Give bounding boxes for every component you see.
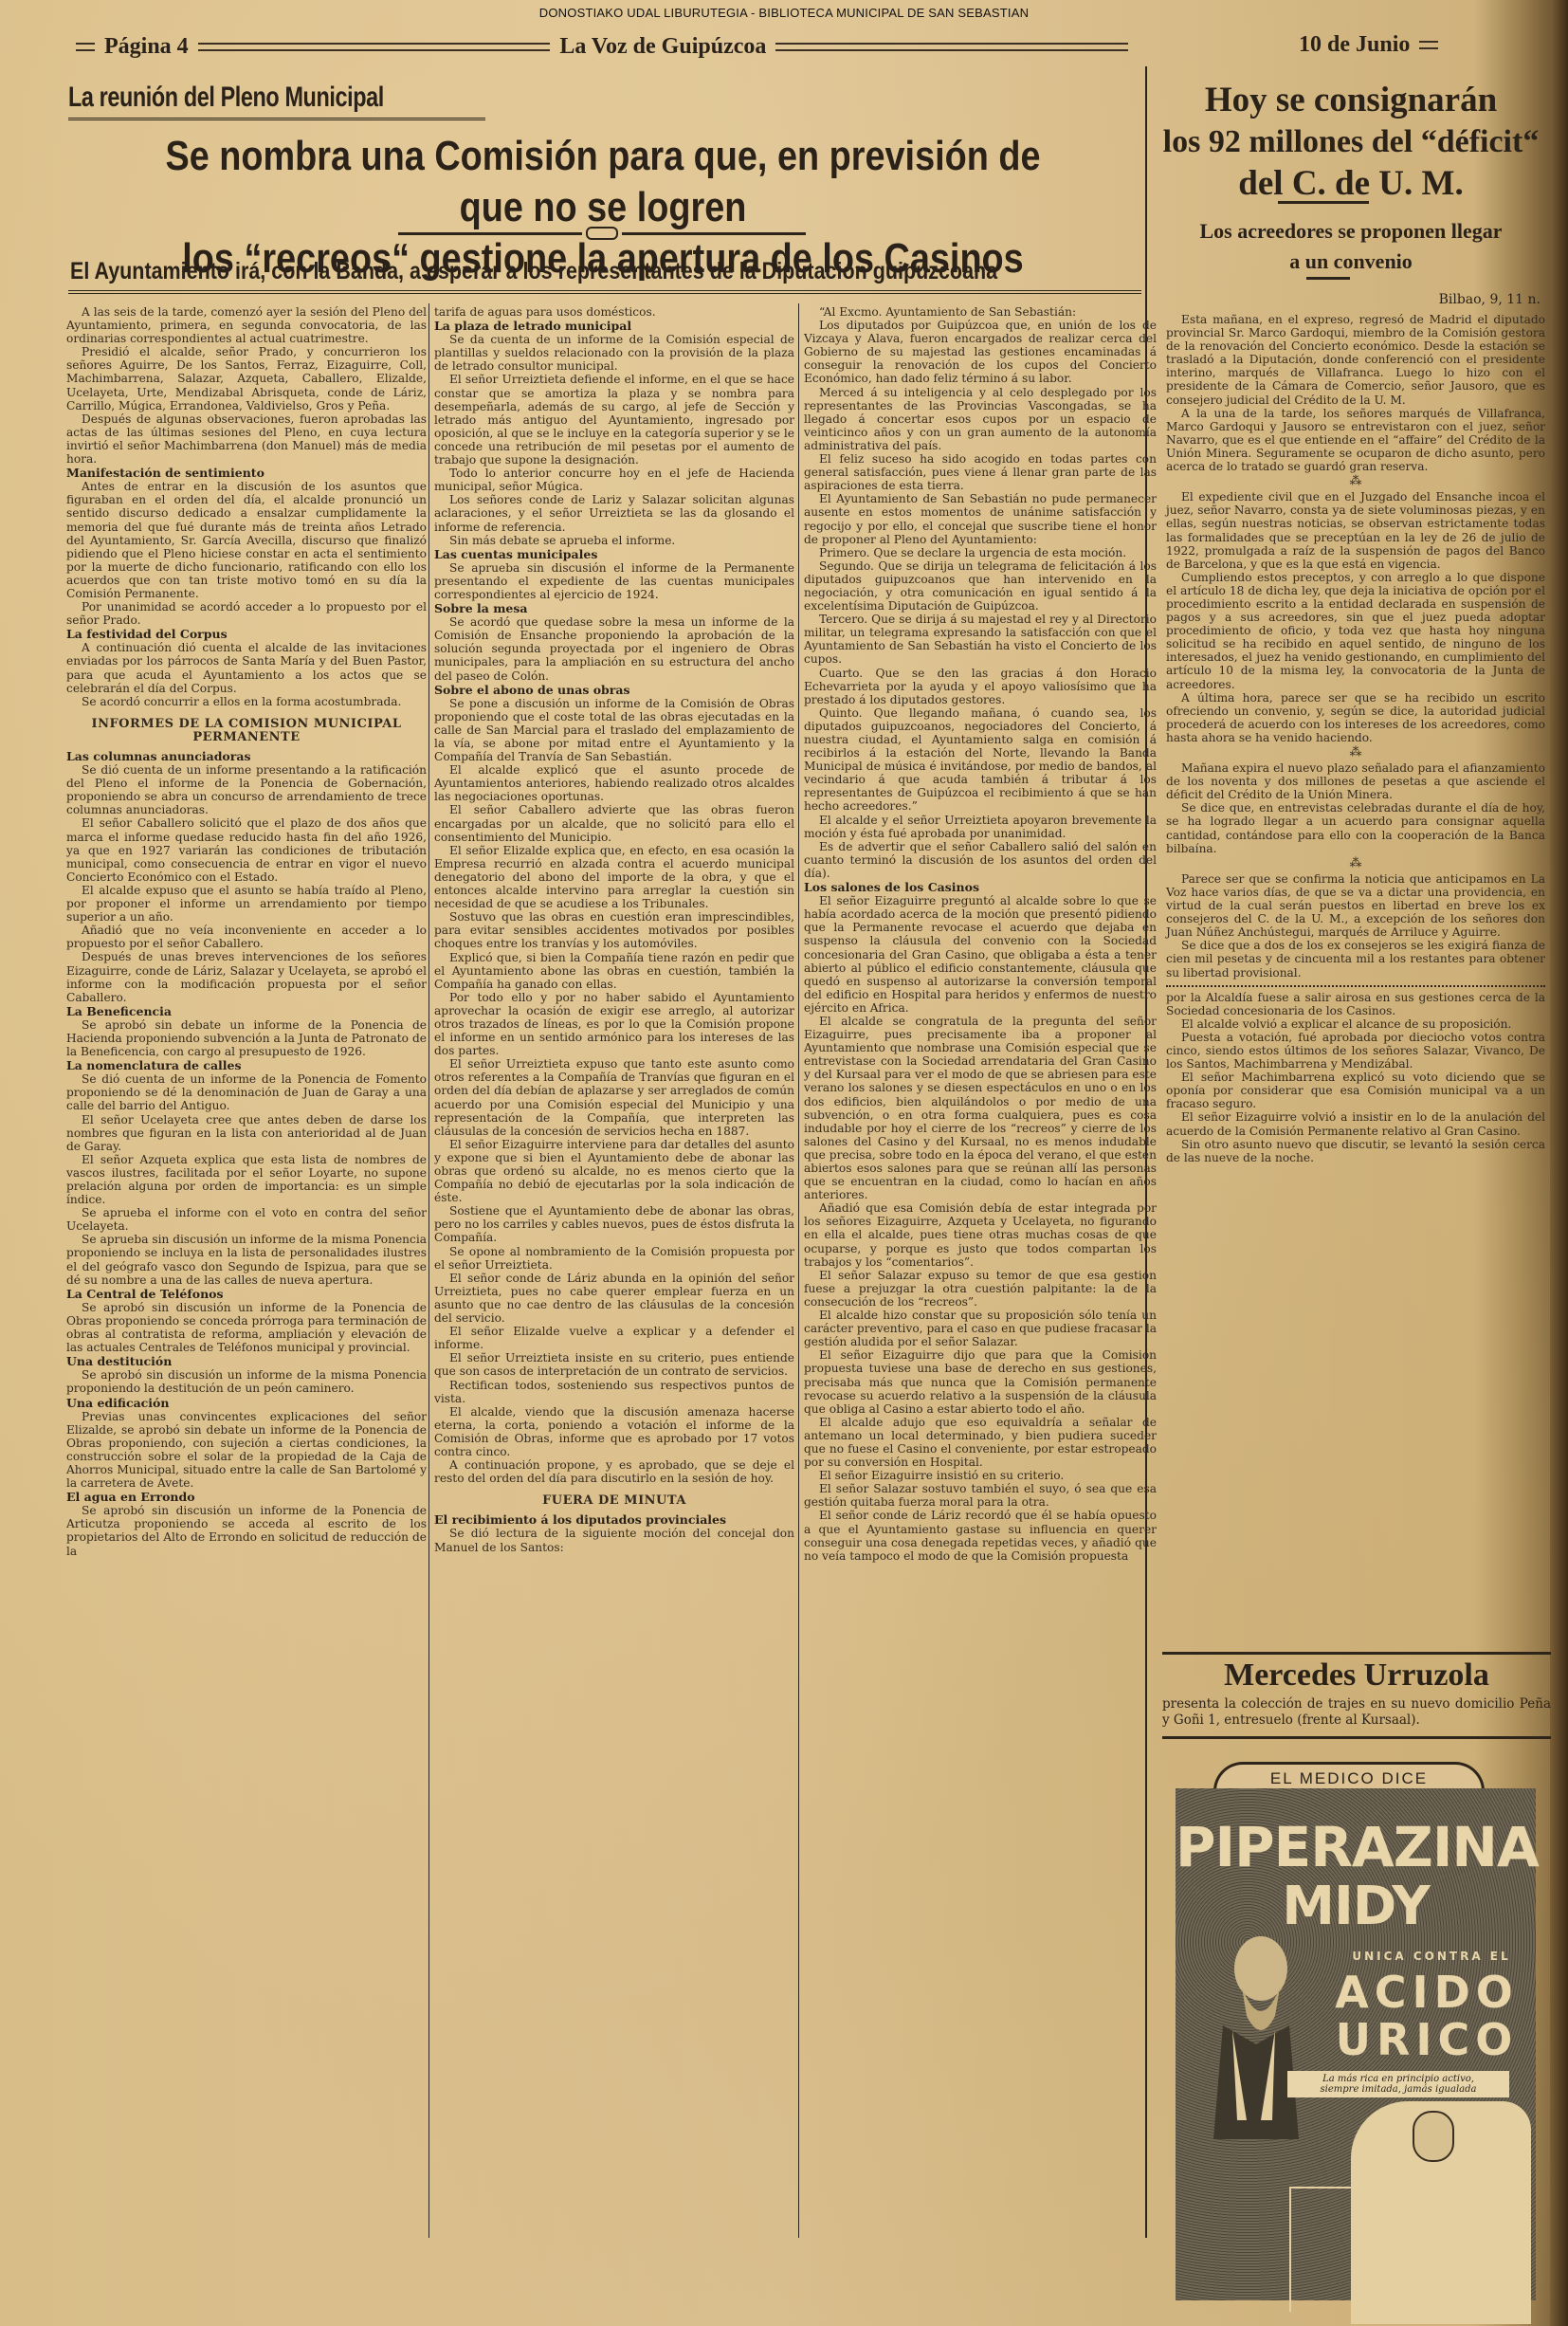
- paragraph: Sin más debate se aprueba el informe.: [434, 534, 794, 547]
- masthead-rule: [1419, 41, 1438, 49]
- paragraph: Los diputados por Guipúzcoa que, en unió…: [804, 319, 1157, 385]
- side-headline-line-1: Hoy se consignarán: [1142, 80, 1559, 121]
- paragraph: Antes de entrar en la discusión de los a…: [66, 480, 427, 600]
- ornament-divider: [398, 229, 806, 238]
- asterism-separator-icon: ⁂: [1166, 475, 1545, 488]
- side-headline: Hoy se consignarán los 92 millones del “…: [1142, 80, 1559, 205]
- section-heading: La plaza de letrado municipal: [434, 320, 794, 333]
- section-heading: Los salones de los Casinos: [804, 881, 1157, 894]
- ad-tagline: La más rica en principio activo, siempre…: [1287, 2071, 1509, 2097]
- side-subhead-line-2: a un convenio: [1142, 247, 1559, 277]
- paragraph: Todo lo anterior concurre hoy en el jefe…: [434, 467, 794, 493]
- paragraph: A continuación dió cuenta el alcalde de …: [66, 641, 427, 694]
- paragraph: El alcalde y el señor Urreiztieta apoyar…: [804, 814, 1157, 840]
- side-subhead-rule: [1306, 277, 1350, 280]
- paragraph: Se aprueba el informe con el voto en con…: [66, 1206, 427, 1233]
- section-heading: Una destitución: [66, 1355, 427, 1368]
- side-article-column: Esta mañana, en el expreso, regresó de M…: [1166, 313, 1545, 1164]
- side-headline-line-3: del C. de U. M.: [1142, 163, 1559, 205]
- paragraph: El alcalde explicó que el asunto procede…: [434, 763, 794, 803]
- paragraph: Sostuvo que las obras en cuestión eran i…: [434, 910, 794, 950]
- paragraph: El alcalde se congratula de la pregunta …: [804, 1015, 1157, 1201]
- ad-mercedes-urruzola: Mercedes Urruzola presenta la colección …: [1162, 1652, 1551, 1739]
- paragraph: Segundo. Que se dirija un telegrama de f…: [804, 559, 1157, 613]
- paragraph: tarifa de aguas para usos domésticos.: [434, 305, 794, 319]
- article-column-1: A las seis de la tarde, comenzó ayer la …: [66, 305, 427, 1558]
- kicker-rule: [68, 118, 485, 123]
- headline-line-1: Se nombra una Comisión para que, en prev…: [138, 131, 1067, 233]
- article-column-2: tarifa de aguas para usos domésticos.La …: [434, 305, 794, 1554]
- article-subhead: El Ayuntamiento irá, con la Banda, a esp…: [70, 258, 992, 285]
- section-heading: Una edificación: [66, 1397, 427, 1410]
- paragraph: Se da cuenta de un informe de la Comisió…: [434, 333, 794, 373]
- section-heading: El recibimiento á los diputados provinci…: [434, 1513, 794, 1527]
- section-heading: La festividad del Corpus: [66, 628, 427, 641]
- paragraph: El señor Urreiztieta insiste en su crite…: [434, 1351, 794, 1378]
- ad-unica: UNICA CONTRA EL: [1327, 1950, 1536, 1963]
- bedside-table-illustration: [1289, 2187, 1359, 2312]
- paragraph: El expediente civil que en el Juzgado de…: [1166, 490, 1545, 571]
- paragraph: Tercero. Que se dirija á su majestad el …: [804, 613, 1157, 666]
- side-subhead-line-1: Los acreedores se proponen llegar: [1142, 216, 1559, 247]
- column-rule: [428, 303, 429, 2238]
- archive-banner: DONOSTIAKO UDAL LIBURUTEGIA - BIBLIOTECA…: [0, 6, 1568, 20]
- page-edge: [1550, 0, 1568, 2326]
- section-heading: El agua en Errondo: [66, 1491, 427, 1504]
- section-heading: La nomenclatura de calles: [66, 1059, 427, 1072]
- paragraph: El señor Caballero solicitó que el plazo…: [66, 816, 427, 883]
- paragraph: Parece ser que se confirma la noticia qu…: [1166, 872, 1545, 939]
- paragraph: Presidió el alcalde, señor Prado, y conc…: [66, 345, 427, 412]
- paragraph: El señor Salazar expuso su temor de que …: [804, 1269, 1157, 1309]
- paragraph: Cuarto. Que se den las gracias á don Hor…: [804, 667, 1157, 706]
- ad-brand-line-1: PIPERAZINA: [1176, 1815, 1536, 1879]
- ad-advertiser-name: Mercedes Urruzola: [1162, 1655, 1551, 1696]
- paragraph: El señor Urreiztieta defiende el informe…: [434, 373, 794, 467]
- paragraph: Se acordó concurrir a ellos en la forma …: [66, 695, 427, 708]
- article-kicker: La reunión del Pleno Municipal: [68, 82, 384, 114]
- section-heading: Manifestación de sentimiento: [66, 467, 427, 480]
- paragraph: El señor Elizalde vuelve a explicar y a …: [434, 1325, 794, 1351]
- masthead-rule: [198, 43, 551, 51]
- paragraph: El feliz suceso ha sido acogido en todas…: [804, 452, 1157, 492]
- paragraph: Quinto. Que llegando mañana, ó cuando se…: [804, 706, 1157, 814]
- paragraph: Cumpliendo estos preceptos, y con arregl…: [1166, 571, 1545, 691]
- paragraph: Se aprobó sin discusión un informe de la…: [66, 1368, 427, 1395]
- section-heading: La Central de Teléfonos: [66, 1288, 427, 1301]
- paragraph: El señor Machimbarrena explicó su voto d…: [1166, 1071, 1545, 1110]
- article-column-3: “Al Excmo. Ayuntamiento de San Sebastián…: [804, 305, 1157, 1563]
- paragraph: Merced á su inteligencia y al celo despl…: [804, 386, 1157, 452]
- paragraph: Es de advertir que el señor Caballero sa…: [804, 840, 1157, 880]
- ad-piperazina-midy: EL MEDICO DICE PIPERAZINA MIDY UNICA CON…: [1176, 1762, 1541, 2302]
- paragraph: Se pone a discusión un informe de la Com…: [434, 697, 794, 763]
- paragraph: El alcalde expuso que el asunto se había…: [66, 884, 427, 924]
- paragraph: El señor conde de Láriz abunda en la opi…: [434, 1272, 794, 1325]
- paragraph: A las seis de la tarde, comenzó ayer la …: [66, 305, 427, 345]
- column-rule: [798, 303, 799, 2238]
- paragraph: El alcalde hizo constar que su proposici…: [804, 1309, 1157, 1348]
- ad-acido-urico: ACIDO URICO: [1318, 1969, 1536, 2063]
- paragraph: Por todo ello y por no haber sabido el A…: [434, 991, 794, 1057]
- paragraph: El señor Caballero advierte que las obra…: [434, 803, 794, 843]
- paragraph: Se dice que a dos de los ex consejeros s…: [1166, 939, 1545, 979]
- paragraph: El Ayuntamiento de San Sebastián no pude…: [804, 492, 1157, 545]
- section-heading: Sobre el abono de unas obras: [434, 684, 794, 697]
- ad-urico: URICO: [1318, 2016, 1536, 2063]
- paragraph: Añadió que no veía inconveniente en acce…: [66, 924, 427, 950]
- ad-acido: ACIDO: [1318, 1969, 1536, 2016]
- paragraph: El alcalde adujo que eso equivaldría a s…: [804, 1416, 1157, 1469]
- paragraph: El señor Eizaguirre dijo que para que la…: [804, 1348, 1157, 1415]
- paragraph: El señor Eizaguirre interviene para dar …: [434, 1138, 794, 1204]
- paragraph: Se dió cuenta de un informe de la Ponenc…: [66, 1072, 427, 1112]
- paragraph: Explicó que, si bien la Compañía tiene r…: [434, 951, 794, 991]
- page-number: Página 4: [104, 34, 189, 60]
- paragraph: Se aprobó sin discusión un informe de la…: [66, 1301, 427, 1354]
- paragraph: Se aprobó sin discusión un informe de la…: [66, 1504, 427, 1557]
- paragraph: Se acordó que quedase sobre la mesa un i…: [434, 615, 794, 682]
- paragraph: Rectifican todos, sosteniendo sus respec…: [434, 1379, 794, 1405]
- asterism-separator-icon: ⁂: [1166, 746, 1545, 760]
- ornament-knot-icon: [586, 227, 618, 240]
- paragraph: Después de unas breves intervenciones de…: [66, 950, 427, 1003]
- paragraph: Sostiene que el Ayuntamiento debe de abo…: [434, 1204, 794, 1244]
- paragraph: “Al Excmo. Ayuntamiento de San Sebastián…: [804, 305, 1157, 319]
- paragraph: por la Alcaldía fuese a salir airosa en …: [1166, 991, 1545, 1017]
- paragraph: El señor Eizaguirre volvió a insistir en…: [1166, 1110, 1545, 1137]
- paragraph: El señor Azqueta explica que esta lista …: [66, 1153, 427, 1206]
- ad-tagline-2: siempre imitada, jamás igualada: [1289, 2084, 1507, 2095]
- paragraph: A continuación propone, y es aprobado, q…: [434, 1458, 794, 1485]
- paragraph: El señor Ucelayeta cree que antes deben …: [66, 1113, 427, 1153]
- section-heading: Sobre la mesa: [434, 602, 794, 615]
- doctor-illustration-icon: [1204, 1931, 1308, 2139]
- masthead: Página 4 La Voz de Guipúzcoa: [66, 32, 1138, 61]
- ad-rule: [1162, 1736, 1551, 1739]
- subhead-rule: [68, 290, 1141, 298]
- paragraph: Después de algunas observaciones, fueron…: [66, 412, 427, 466]
- newspaper-title: La Voz de Guipúzcoa: [559, 34, 766, 60]
- asterism-separator-icon: ⁂: [1166, 857, 1545, 870]
- ad-tagline-1: La más rica en principio activo,: [1289, 2074, 1507, 2084]
- paragraph: El señor Urreiztieta expuso que tanto es…: [434, 1057, 794, 1138]
- paragraph: El alcalde, viendo que la discusión amen…: [434, 1405, 794, 1458]
- paragraph: Se dice que, en entrevistas celebradas d…: [1166, 801, 1545, 854]
- ad-text: presenta la colección de trajes en su nu…: [1162, 1696, 1551, 1729]
- paragraph: Se aprobó sin debate un informe de la Po…: [66, 1018, 427, 1058]
- paragraph: El señor Elizalde explica que, en efecto…: [434, 844, 794, 910]
- ad-illustration-box: PIPERAZINA MIDY UNICA CONTRA EL ACIDO UR…: [1176, 1788, 1536, 2300]
- paragraph: Puesta a votación, fué aprobada por diec…: [1166, 1031, 1545, 1071]
- paragraph: El alcalde volvió a explicar el alcance …: [1166, 1017, 1545, 1031]
- paragraph: Sin otro asunto nuevo que discutir, se l…: [1166, 1138, 1545, 1164]
- side-headline-line-2: los 92 millones del “déficit“: [1142, 121, 1559, 163]
- paragraph: El señor conde de Láriz recordó que él s…: [804, 1509, 1157, 1562]
- masthead-rule: [775, 43, 1128, 51]
- side-headline-rule: [1278, 201, 1369, 204]
- paragraph: Se dió cuenta de un informe presentando …: [66, 763, 427, 816]
- paragraph: Los señores conde de Lariz y Salazar sol…: [434, 493, 794, 533]
- paragraph: Se aprueba sin discusión el informe de l…: [434, 561, 794, 601]
- paragraph: Añadió que esa Comisión debía de estar i…: [804, 1201, 1157, 1268]
- section-title: INFORMES DE LA COMISION MUNICIPAL PERMAN…: [66, 718, 427, 744]
- paragraph: Mañana expira el nuevo plazo señalado pa…: [1166, 761, 1545, 801]
- paragraph: Se opone al nombramiento de la Comisión …: [434, 1245, 794, 1272]
- side-subhead: Los acreedores se proponen llegar a un c…: [1142, 216, 1559, 277]
- paragraph: El señor Salazar sostuvo también el suyo…: [804, 1482, 1157, 1509]
- paragraph: Por unanimidad se acordó acceder a lo pr…: [66, 600, 427, 627]
- paragraph: A la una de la tarde, los señores marqué…: [1166, 407, 1545, 473]
- section-heading: Las columnas anunciadoras: [66, 750, 427, 763]
- paragraph: El señor Eizaguirre preguntó al alcalde …: [804, 894, 1157, 1015]
- section-heading: La Beneficencia: [66, 1005, 427, 1018]
- masthead-rule: [76, 43, 95, 51]
- paragraph: El señor Eizaguirre insistió en su crite…: [804, 1469, 1157, 1482]
- issue-date: 10 de Junio: [1299, 32, 1410, 58]
- dateline: Bilbao, 9, 11 n.: [1166, 292, 1541, 307]
- paragraph: Se aprueba sin discusión un informe de l…: [66, 1233, 427, 1286]
- continuation-rule: [1166, 985, 1545, 987]
- masthead-date-block: 10 de Junio: [1299, 32, 1555, 58]
- paragraph: A última hora, parece ser que se ha reci…: [1166, 691, 1545, 744]
- ad-banner: EL MEDICO DICE: [1213, 1762, 1485, 1791]
- paragraph: Se dió lectura de la siguiente moción de…: [434, 1527, 794, 1553]
- ad-brand-line-2: MIDY: [1176, 1876, 1536, 1937]
- section-heading: Las cuentas municipales: [434, 548, 794, 561]
- patient-illustration-icon: [1413, 2111, 1454, 2162]
- section-title: FUERA DE MINUTA: [434, 1494, 794, 1508]
- paragraph: Primero. Que se declare la urgencia de e…: [804, 546, 1157, 559]
- paragraph: Esta mañana, en el expreso, regresó de M…: [1166, 313, 1545, 407]
- paragraph: Previas unas convincentes explicaciones …: [66, 1410, 427, 1491]
